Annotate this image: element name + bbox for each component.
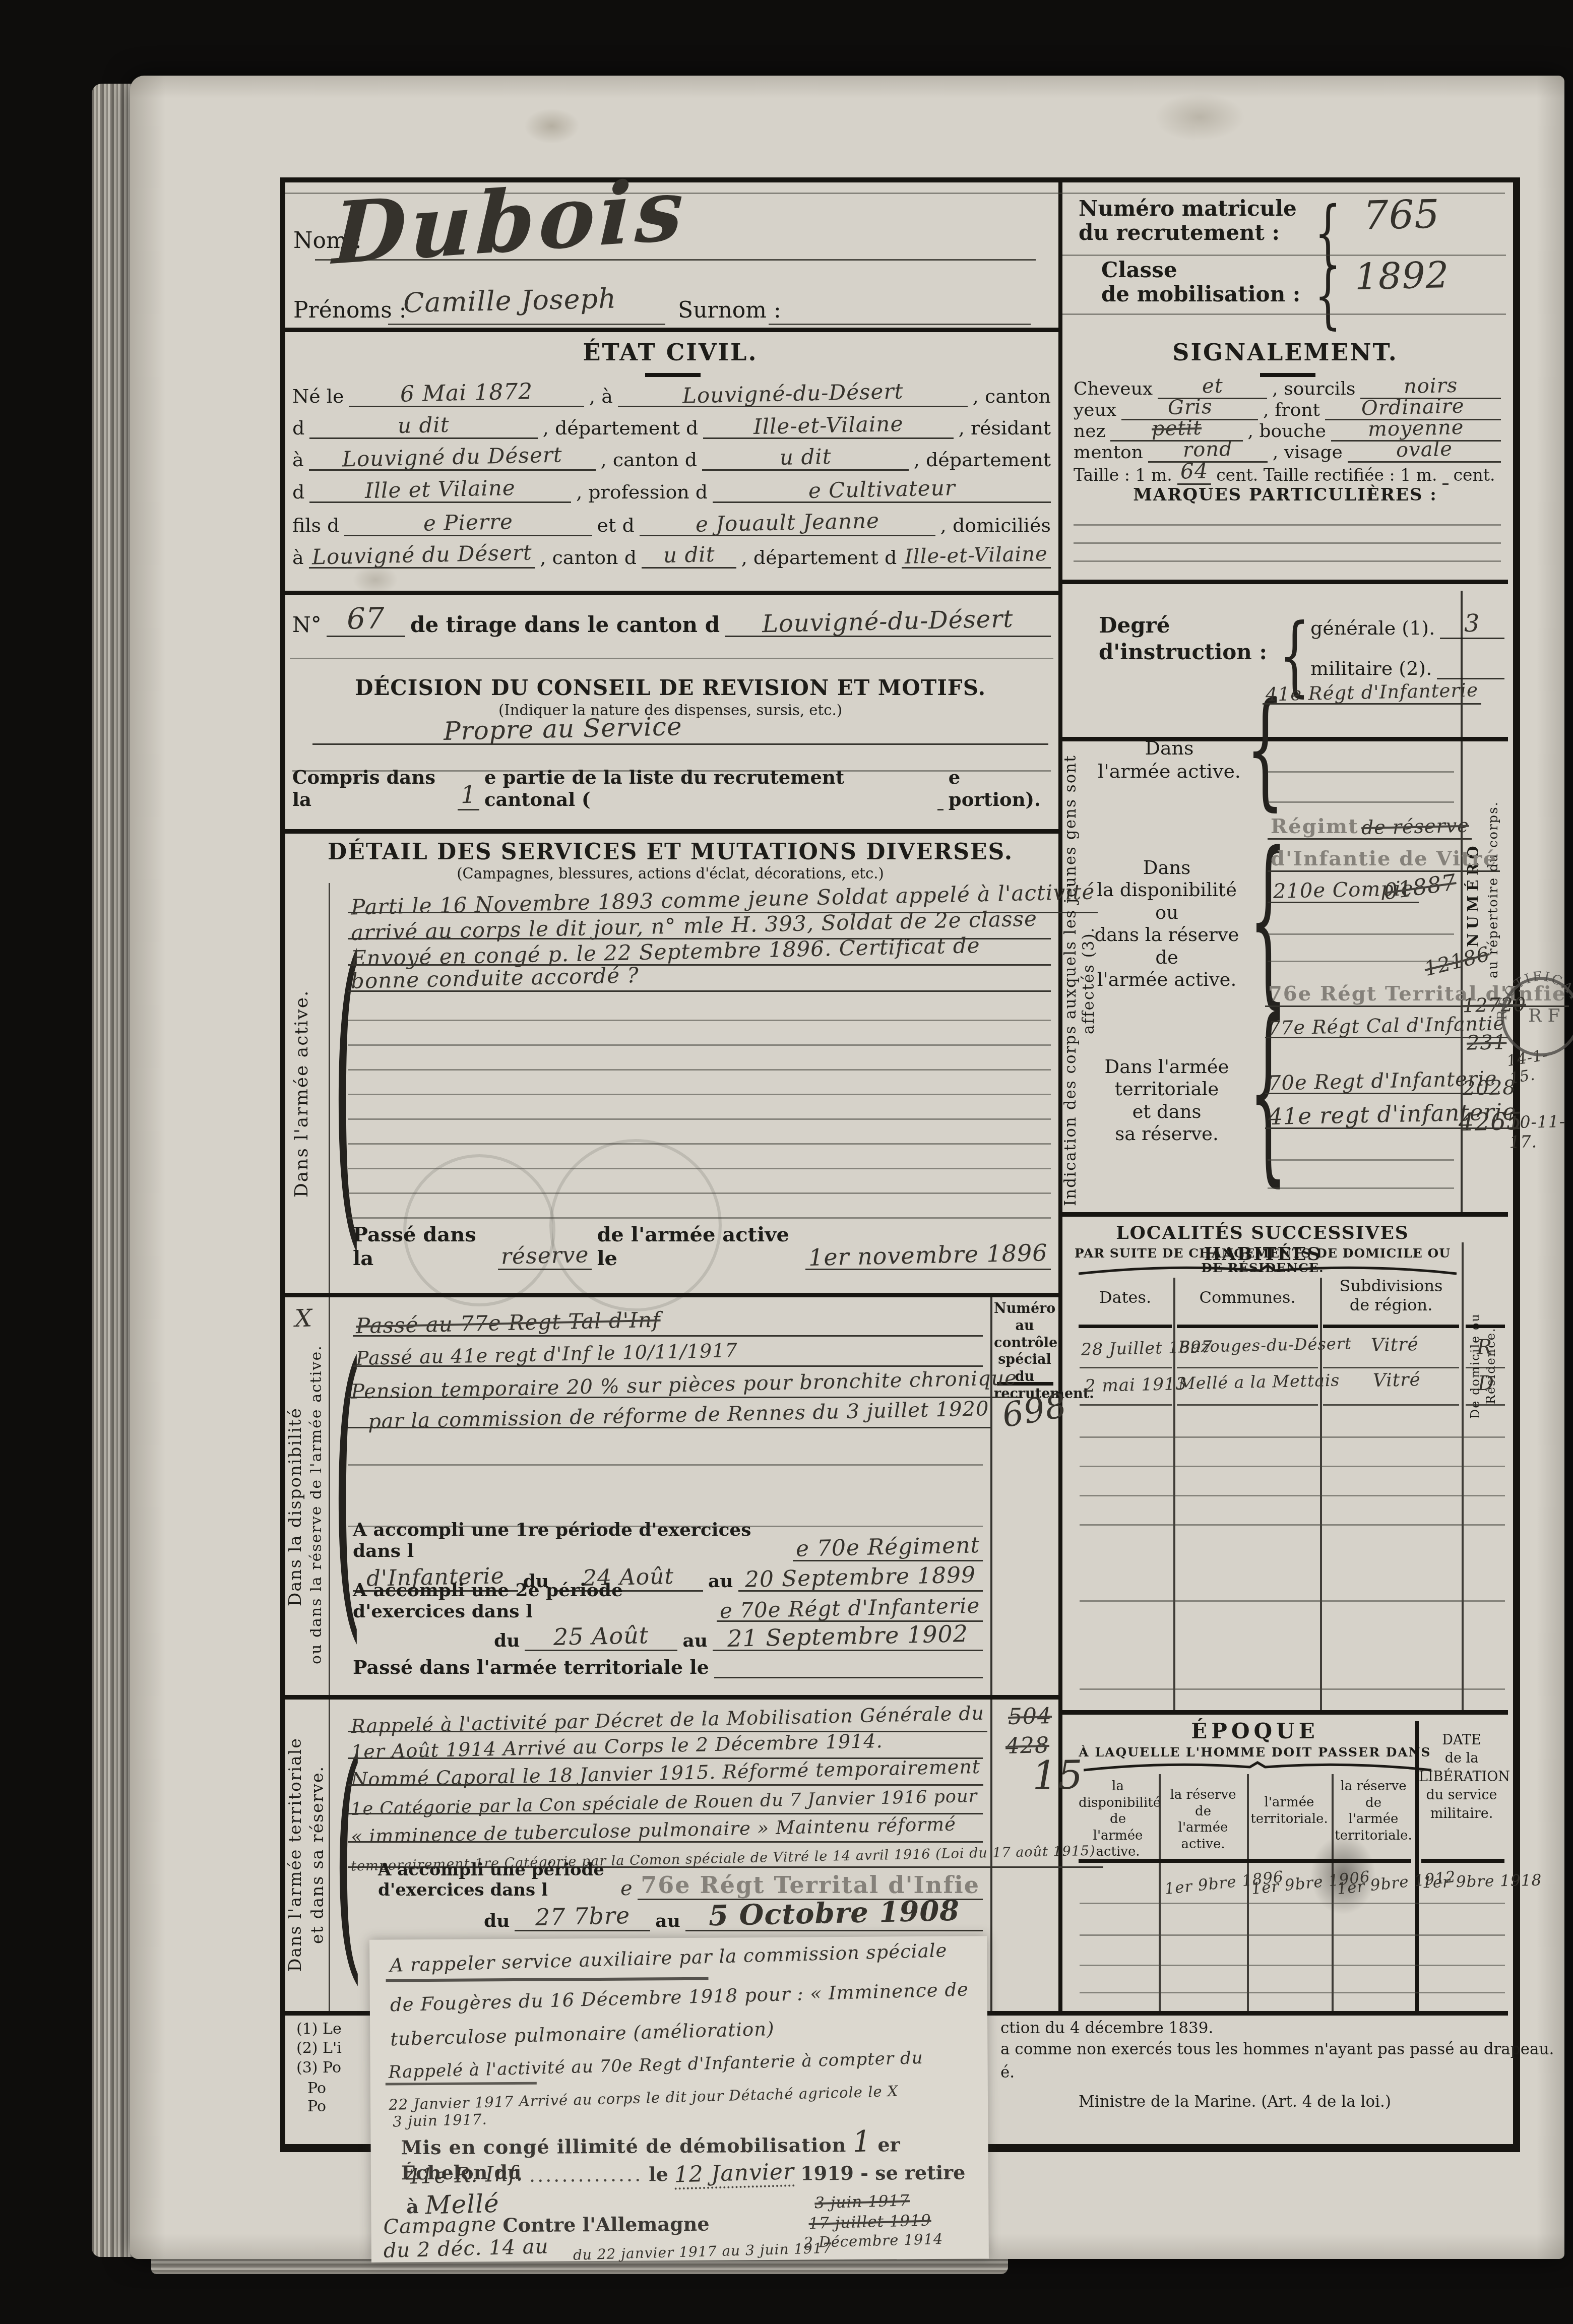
periode-2-row-b: du 25 Août au 21 Septembre 1902	[494, 1622, 983, 1651]
corps-dispo-label: Dans la disponibilité ou dans la réserve…	[1084, 857, 1250, 991]
passe-reserve-row: Passé dans la réserve de l'armée active …	[353, 1239, 1051, 1270]
pasted-slip: A rappeler service auxiliaire par la com…	[369, 1936, 989, 2262]
canton-value: u dit	[398, 412, 450, 438]
detail-subtitle: (Campagnes, blessures, actions d'éclat, …	[282, 865, 1058, 882]
compris-value: 1	[460, 781, 477, 809]
signalement-title: SIGNALEMENT.	[1062, 339, 1508, 366]
label: , département d	[543, 417, 699, 439]
label: d	[292, 481, 304, 503]
sub-column-line	[990, 1293, 992, 2011]
birth-date: 6 Mai 1872	[400, 379, 533, 407]
ruled-line	[348, 1020, 1051, 1021]
label: au	[708, 1571, 733, 1592]
etat-civil-line-6: à Louvigné du Désert , canton d u dit , …	[292, 540, 1051, 569]
ruled-line	[1177, 1404, 1318, 1406]
divider-line	[282, 328, 1058, 332]
ruled-line	[348, 1143, 1051, 1145]
epoque-col-3: l'armée territoriale.	[1249, 1794, 1330, 1827]
ruled-line	[1074, 542, 1501, 544]
label: de l'armée active le	[597, 1223, 800, 1270]
surnom-label: Surnom :	[678, 297, 781, 323]
header-rule	[1079, 1859, 1411, 1863]
mother-name: e Jouault Jeanne	[695, 508, 879, 537]
divider-line	[1062, 1710, 1508, 1715]
ruled-line	[348, 1118, 1051, 1120]
ruled-line	[1268, 1187, 1454, 1189]
slip-line: de Fougères du 16 Décembre 1918 pour : «…	[390, 1978, 969, 2016]
nez-value: petit	[1151, 416, 1202, 441]
side-label-armee-active: Dans l'armée active.	[291, 932, 312, 1255]
ruled-line	[1080, 1466, 1505, 1467]
periode-1-row-a: A accompli une 1re période d'exercices d…	[353, 1532, 983, 1561]
localite-commune: Bazouges-du-Désert	[1178, 1334, 1352, 1356]
epoque-col-4: la réserve de l'armée territoriale.	[1334, 1778, 1413, 1844]
x-mark: X	[294, 1304, 312, 1333]
label: et d	[597, 514, 635, 536]
territoriale-text: Nommé Caporal le 18 Janvier 1915. Réform…	[351, 1755, 981, 1791]
dispo-hand-value: de réserve	[1361, 814, 1469, 839]
header-rule	[1177, 1325, 1318, 1328]
ruled-line	[348, 1044, 1051, 1046]
label: , résidant	[959, 417, 1051, 439]
territoriale-line: 1e Catégorie par la Con spéciale de Roue…	[348, 1788, 983, 1814]
localites-col-communes: Communes.	[1177, 1288, 1318, 1307]
label: Taille : 1 m.	[1074, 465, 1172, 485]
father-name: e Pierre	[423, 509, 514, 536]
ruled-line	[388, 324, 665, 325]
compris-row: Compris dans la 1 e partie de la liste d…	[292, 782, 1053, 810]
label: Passé dans l'armée territoriale le	[353, 1656, 709, 1678]
ruled-line	[1177, 1367, 1318, 1368]
hand-underline	[386, 1977, 709, 1982]
tirage-canton: Louvigné-du-Désert	[762, 605, 1014, 638]
reserve-line-2: Passé au 41e regt d'Inf le 10/11/1917	[353, 1340, 983, 1367]
reserve-text: Passé au 41e regt d'Inf le 10/11/1917	[356, 1339, 738, 1369]
demob-stamp-text: Mis en congé illimité de démobilisation	[401, 2133, 846, 2159]
localite-date: 2 mai 1913	[1085, 1374, 1187, 1396]
ruled-line	[348, 1069, 1051, 1071]
footnote-fragment: (1) Le	[296, 2020, 342, 2038]
reserve-text: Pension temporaire 20 % sur pièces pour …	[351, 1366, 1018, 1404]
ruled-line	[1074, 524, 1501, 526]
territoriale-line: 1er Août 1914 Arrivé au Corps le 2 Décem…	[348, 1733, 983, 1759]
taille-value: 64	[1180, 458, 1208, 483]
epoque-value-liberation: 1er 9bre 1918	[1422, 1871, 1542, 1892]
label: e portion).	[949, 766, 1053, 810]
campagne-hand: Campagne	[383, 2213, 497, 2239]
ruled-line	[1268, 771, 1454, 773]
numero-value: 2028	[1463, 1076, 1517, 1100]
periode-terr-fin: 5 Octobre 1908	[708, 1894, 960, 1932]
classe-value: 1892	[1354, 254, 1450, 298]
footnote-fragment: ction du 4 décembre 1839.	[1000, 2019, 1213, 2037]
scanned-register-page: Nom : Dubois Prénoms : Camille Joseph Su…	[0, 0, 1573, 2324]
corps-active-row: 41e Régt d'Infanterie	[1263, 675, 1459, 705]
corps-territoriale-label: Dans l'armée territoriale et dans sa rés…	[1089, 1056, 1245, 1146]
ruled-line	[1080, 1404, 1172, 1406]
rectification-stamp: RECTIFICATION R F	[1493, 969, 1573, 1064]
reserve-text: Passé au 77e Regt Tal d'Inf	[356, 1307, 661, 1339]
header-rule	[1421, 1859, 1504, 1863]
ruled-line	[1268, 801, 1454, 803]
campagne-crossed-date: 3 juin 1917	[814, 2191, 910, 2212]
localites-col-domicile-residence: De domicile ou Résidence.	[1468, 1280, 1506, 1452]
label: au	[682, 1630, 708, 1651]
label: d	[292, 417, 304, 439]
marques-label: MARQUES PARTICULIÈRES :	[1062, 485, 1508, 505]
territoriale-line: Nommé Caporal le 18 Janvier 1915. Réform…	[348, 1760, 983, 1786]
ruled-line	[1080, 1495, 1505, 1496]
etat-civil-line-5: fils d e Pierre et d e Jouault Jeanne , …	[292, 508, 1051, 536]
etat-civil-line-4: d Ille et Vilaine , profession d e Culti…	[292, 475, 1051, 503]
label: générale (1).	[1310, 617, 1435, 639]
table-column-line	[1415, 1721, 1419, 2011]
ruled-line	[769, 324, 1031, 325]
label: , canton d	[540, 546, 637, 569]
canton-value: u dit	[663, 542, 715, 568]
footnote-fragment: a comme non exercés tous les hommes n'ay…	[1000, 2040, 1554, 2058]
stamp-regiment: Régimt	[1271, 814, 1359, 838]
territoriale-text: 1er Août 1914 Arrivé au Corps le 2 Décem…	[351, 1730, 883, 1763]
decision-title: DÉCISION DU CONSEIL DE REVISION ET MOTIF…	[282, 675, 1058, 700]
side-strip-line	[329, 883, 330, 2011]
corps-terr-row-4: 41e regt d'infanterie	[1265, 1099, 1459, 1129]
header-rule	[1466, 1325, 1505, 1328]
label: , département d	[741, 546, 897, 569]
localite-dr: D	[1478, 1372, 1495, 1396]
label: au	[655, 1910, 680, 1931]
etat-civil-title: ÉTAT CIVIL.	[282, 339, 1058, 366]
ruled-line	[1080, 1992, 1505, 1993]
margin-date: 10-11-17.	[1508, 1111, 1573, 1152]
service-text: bonne conduite accordé ?	[351, 963, 640, 993]
footnote-fragment: (3) Po	[296, 2059, 341, 2077]
label: à	[292, 546, 304, 569]
ruled-line	[1080, 1965, 1505, 1966]
header-rule	[1323, 1325, 1459, 1328]
label: , département	[914, 449, 1051, 471]
periode-territoriale-dates: du 27 7bre au 5 Octobre 1908	[484, 1900, 983, 1931]
header-rule	[1079, 1325, 1172, 1328]
divider-line	[282, 591, 1058, 595]
label: cent.	[1454, 465, 1495, 485]
periode-1-date-fin: 20 Septembre 1899	[745, 1562, 976, 1593]
ruled-line	[1080, 1688, 1505, 1690]
ruled-line	[348, 1464, 983, 1466]
side-label-disponibilite-1: Dans la disponibilité	[285, 1321, 305, 1693]
corps-active-label: Dans l'armée active.	[1094, 737, 1245, 783]
label: A accompli une 2e période d'exercices da…	[353, 1580, 712, 1622]
label: , canton d	[601, 449, 698, 471]
decision-value-row: Propre au Service	[312, 716, 1048, 745]
demob-stamp-text: le	[649, 2163, 668, 2185]
divider-line	[1062, 1212, 1508, 1217]
divider-line	[282, 1695, 1058, 1700]
slip-line: Rappelé à l'activité au 70e Regt d'Infan…	[388, 2048, 923, 2083]
domicile-value: Louvigné du Désert	[311, 540, 532, 569]
book-page-stack-left	[92, 84, 135, 2257]
prenoms-label: Prénoms :	[293, 297, 407, 323]
margin-crossed-number: 504	[1008, 1703, 1052, 1730]
horizontal-brace	[1079, 1263, 1457, 1276]
epoque-col-date-liberation: DATE de la LIBÉRATION du service militai…	[1419, 1731, 1504, 1823]
tirage-number: 67	[346, 601, 385, 636]
epoque-col-2: la réserve de l'armée active.	[1161, 1787, 1245, 1852]
footnote-fragment: Po	[307, 2080, 326, 2097]
decision-value: Propre au Service	[443, 712, 682, 746]
periode-2-date-fin: 21 Septembre 1902	[727, 1620, 968, 1652]
classe-label: Classe de mobilisation :	[1101, 258, 1300, 307]
etat-civil-line-2: d u dit , département d Ille-et-Vilaine …	[292, 411, 1051, 439]
dotted-line: ..............	[529, 2163, 643, 2186]
signalement-line-4: menton rond , visage ovale	[1074, 437, 1501, 463]
label: à	[292, 449, 304, 471]
prenoms-value: Camille Joseph	[403, 283, 616, 319]
ruled-line	[315, 259, 1036, 261]
periode-2-corps: e 70e Régt d'Infanterie	[719, 1593, 980, 1623]
footnote-fragment: Ministre de la Marine. (Art. 4 de la loi…	[1079, 2093, 1391, 2111]
hand-e: e	[620, 1877, 633, 1901]
departement-value: Ille-et-Vilaine	[905, 542, 1048, 569]
label: , profession d	[576, 481, 708, 503]
side-label-territoriale-1: Dans l'armée territoriale	[285, 1714, 305, 1996]
label: Compris dans la	[292, 766, 453, 810]
territoriale-line: « imminence de tuberculose pulmonaire » …	[348, 1816, 983, 1843]
footnote-fragment: Po	[307, 2098, 326, 2115]
campagne-stamp-text: Contre l'Allemagne	[502, 2213, 709, 2237]
corps-terr-row-1: 76e Régt Territal d'Infie	[1265, 979, 1459, 1007]
corps-terr-row-2: 77e Régt Cal d'Infantie	[1265, 1010, 1459, 1038]
epoque-title: ÉPOQUE	[1074, 1719, 1436, 1743]
title-rule	[645, 373, 701, 377]
localite-dr: R	[1477, 1336, 1493, 1359]
localite-subdivision: Vitré	[1373, 1369, 1421, 1391]
territoriale-text: Rappelé à l'activité par Décret de la Mo…	[351, 1702, 985, 1737]
reserve-line-4: par la commission de réforme de Rennes d…	[348, 1400, 983, 1428]
epoque-subtitle: À LAQUELLE L'HOMME DOIT PASSER DANS	[1074, 1745, 1436, 1760]
ruled-line	[1080, 1903, 1505, 1904]
footnote-fragment: é.	[1000, 2063, 1015, 2082]
demob-regiment: 41e R. Inf.	[406, 2161, 523, 2188]
ruled-line	[348, 1094, 1051, 1095]
ruled-line	[1080, 1367, 1172, 1368]
label: , à	[589, 385, 613, 407]
slip-line: A rappeler service auxiliaire par la com…	[390, 1939, 948, 1976]
corps-dispo-row-2: d'Infantie de Vitré	[1268, 843, 1459, 872]
label: du	[494, 1630, 520, 1651]
label: fils d	[292, 514, 339, 536]
ruled-line	[290, 658, 1053, 659]
table-column-line	[1462, 1242, 1464, 1710]
ruled-line	[1080, 1934, 1505, 1936]
reserve-line-3: Pension temporaire 20 % sur pièces pour …	[348, 1370, 983, 1398]
localites-col-subdivisions: Subdivisions de région.	[1323, 1276, 1459, 1315]
brace-glyph: {	[1314, 253, 1341, 337]
divider-line	[282, 1293, 1058, 1297]
etat-civil-line-3: à Louvigné du Désert , canton d u dit , …	[292, 443, 1051, 471]
signalement-taille-line: Taille : 1 m. 64 cent. Taille rectifiée …	[1074, 460, 1501, 485]
territoriale-line: Rappelé à l'activité par Décret de la Mo…	[348, 1706, 983, 1732]
ruled-line	[1080, 1436, 1505, 1438]
visage-value: ovale	[1396, 437, 1453, 462]
localite-subdivision: Vitré	[1371, 1334, 1419, 1356]
periode-1-corps: e 70e Régiment	[795, 1532, 980, 1562]
periode-terr-debut: 27 7bre	[535, 1902, 630, 1931]
periode-2-row-a: A accompli une 2e période d'exercices da…	[353, 1593, 983, 1622]
label: e partie de la liste du recrutement cant…	[484, 766, 932, 810]
stamp-infanterie-vitre: d'Infantie de Vitré	[1271, 847, 1497, 870]
service-line: Envoyé en congé p. le 22 Septembre 1896.…	[348, 937, 1051, 966]
campagne-crossed-date: 17 juillet 1919	[808, 2211, 931, 2233]
side-label-disponibilite-2: ou dans la réserve de l'armée active.	[307, 1300, 325, 1709]
divider-line	[282, 829, 1058, 834]
demob-date: 12 Janvier	[674, 2159, 795, 2189]
numero-label: N°	[292, 612, 322, 637]
etat-civil-line-1: Né le 6 Mai 1872 , à Louvigné-du-Désert …	[292, 379, 1051, 407]
reserve-text: par la commission de réforme de Rennes d…	[368, 1397, 989, 1433]
epoque-col-1: la disponibilité de l'armée active.	[1079, 1778, 1157, 1860]
campagne-hand: du 2 déc. 14 au	[383, 2235, 549, 2263]
yeux-value: Gris	[1167, 395, 1212, 419]
degre-label: Degré d'instruction :	[1099, 612, 1267, 665]
label: , domiciliés	[940, 514, 1051, 536]
label: Né le	[292, 385, 344, 407]
hand-underline	[386, 2082, 537, 2086]
periode-2-date-debut: 25 Août	[553, 1621, 649, 1651]
reserve-line-1: Passé au 77e Regt Tal d'Inf	[353, 1309, 983, 1337]
horizontal-brace	[1084, 1760, 1431, 1772]
corps-terr-row-3: 70e Regt d'Infanterie	[1265, 1066, 1459, 1094]
ruled-line	[1466, 1367, 1505, 1368]
ruled-line	[1074, 560, 1501, 562]
passe-territoriale-row: Passé dans l'armée territoriale le	[353, 1651, 983, 1678]
passe-date: 1er novembre 1896	[808, 1239, 1048, 1271]
label: A accompli une 1re période d'exercices d…	[353, 1519, 788, 1561]
divider-line	[1062, 580, 1508, 584]
slip-line: 22 Janvier 1917 Arrivé au corps le dit j…	[389, 2083, 899, 2113]
label: , canton	[973, 385, 1051, 407]
degre-generale-value: 3	[1464, 609, 1481, 638]
label: du	[484, 1910, 510, 1931]
ruled-line	[1062, 313, 1506, 315]
cheveux-value: et	[1202, 374, 1223, 398]
matricule-value: 765	[1363, 192, 1440, 238]
residence-value: Louvigné du Désert	[342, 442, 562, 471]
label: cent. Taille rectifiée : 1 m.	[1216, 465, 1437, 485]
ruled-line	[1466, 1404, 1505, 1406]
demob-echelon-number: 1	[852, 2124, 872, 2159]
tirage-label: de tirage dans le canton d	[410, 612, 720, 637]
departement-value: Ille-et-Vilaine	[753, 411, 903, 439]
ruled-line	[1080, 1600, 1505, 1602]
localite-commune: Mellé a la Mettais	[1178, 1370, 1340, 1394]
service-line: bonne conduite accordé ?	[348, 964, 1051, 992]
footnote-fragment: (2) L'i	[296, 2039, 342, 2057]
ruled-line	[1080, 1524, 1505, 1526]
label: A accompli une période d'exercices dans …	[378, 1860, 615, 1900]
passe-corps: réserve	[500, 1242, 589, 1270]
ruled-line	[1323, 1367, 1459, 1368]
degre-generale-row: générale (1). 3	[1310, 611, 1504, 639]
slip-line: tuberculose pulmonaire (amélioration)	[390, 2018, 775, 2050]
corps-active-value: 41e Régt d'Infanterie	[1266, 679, 1479, 706]
stamp-center-text: R F	[1528, 1006, 1560, 1026]
departement-value: Ille et Vilaine	[365, 475, 516, 503]
detail-title: DÉTAIL DES SERVICES ET MUTATIONS DIVERSE…	[282, 839, 1058, 865]
tirage-line: N° 67 de tirage dans le canton d Louvign…	[292, 605, 1051, 637]
label: Passé dans la	[353, 1223, 493, 1270]
canton-value: u dit	[779, 444, 832, 470]
ruled-line	[1268, 1159, 1454, 1161]
profession-value: e Cultivateur	[808, 475, 956, 503]
corps-dispo-row-1: Régimt de réserve	[1268, 810, 1459, 840]
matricule-label: Numéro matricule du recrutement :	[1079, 197, 1297, 245]
ruled-line	[1268, 933, 1454, 935]
ruled-line	[1323, 1404, 1459, 1406]
localites-col-dates: Dates.	[1079, 1288, 1172, 1307]
birth-place: Louvigné-du-Désert	[682, 379, 903, 408]
side-label-territoriale-2: et dans sa réserve.	[307, 1714, 327, 1996]
